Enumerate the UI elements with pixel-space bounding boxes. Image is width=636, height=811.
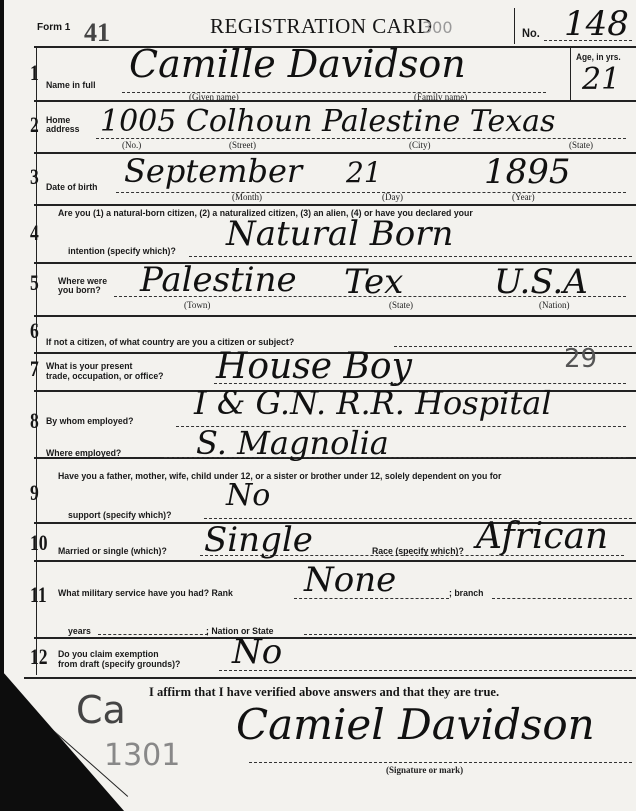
pencil-number: 300 bbox=[422, 18, 453, 37]
employer-label: By whom employed? bbox=[46, 416, 133, 427]
signature: Camiel Davidson bbox=[236, 700, 595, 749]
occupation-value: House Boy bbox=[216, 346, 412, 387]
header-divider bbox=[514, 8, 515, 44]
pencil-note: Ca bbox=[76, 688, 126, 732]
employer-value: I & G.N. R.R. Hospital bbox=[194, 384, 552, 422]
employment-location-label: Where employed? bbox=[46, 448, 121, 459]
stamp-number: 41 bbox=[84, 18, 110, 48]
name-label: Name in full bbox=[46, 80, 96, 91]
citizenship-value: Natural Born bbox=[226, 214, 453, 254]
exemption-value: No bbox=[232, 632, 282, 672]
race-value: African bbox=[476, 516, 608, 557]
birthplace-nation: U.S.A bbox=[494, 262, 588, 302]
dob-year: 1895 bbox=[484, 152, 571, 192]
pencil-note-number: 1301 bbox=[104, 738, 180, 773]
home-address-value: 1005 Colhoun Palestine Texas bbox=[100, 104, 555, 139]
birthplace-state: Tex bbox=[344, 262, 403, 302]
race-label: Race (specify which)? bbox=[372, 546, 464, 557]
signature-caption: (Signature or mark) bbox=[386, 765, 463, 775]
name-value: Camille Davidson bbox=[129, 42, 466, 86]
exemption-label: Do you claim exemptionfrom draft (specif… bbox=[58, 650, 180, 670]
employment-location-value: S. Magnolia bbox=[196, 424, 389, 462]
dependents-question: Have you a father, mother, wife, child u… bbox=[58, 471, 501, 482]
age-value: 21 bbox=[582, 62, 620, 97]
marital-status-value: Single bbox=[204, 520, 313, 560]
home-address-label: Homeaddress bbox=[46, 116, 80, 134]
military-label: What military service have you had? Rank bbox=[58, 588, 233, 599]
birthplace-label: Where wereyou born? bbox=[58, 277, 107, 295]
occupation-label: What is your presenttrade, occupation, o… bbox=[46, 362, 164, 382]
marital-status-label: Married or single (which)? bbox=[58, 546, 167, 557]
dependents-value: No bbox=[226, 478, 270, 513]
card-title: REGISTRATION CARD bbox=[210, 14, 433, 39]
dob-day: 21 bbox=[346, 156, 382, 189]
registration-card: Form 1 41 REGISTRATION CARD 300 No. 148 … bbox=[4, 0, 636, 811]
card-number: 148 bbox=[564, 4, 629, 44]
affirmation-text: I affirm that I have verified above answ… bbox=[149, 685, 499, 700]
years-label: years bbox=[68, 626, 91, 637]
birthplace-town: Palestine bbox=[140, 260, 297, 300]
branch-label: ; branch bbox=[449, 588, 483, 599]
military-rank-value: None bbox=[304, 560, 396, 600]
occupation-note: 29 bbox=[564, 344, 597, 374]
age-label: Age, in yrs. bbox=[576, 52, 621, 62]
dob-month: September bbox=[124, 152, 302, 190]
dob-label: Date of birth bbox=[46, 182, 97, 193]
row-number: 1 bbox=[30, 60, 39, 86]
form-label: Form 1 bbox=[37, 22, 70, 33]
no-label: No. bbox=[522, 26, 540, 40]
